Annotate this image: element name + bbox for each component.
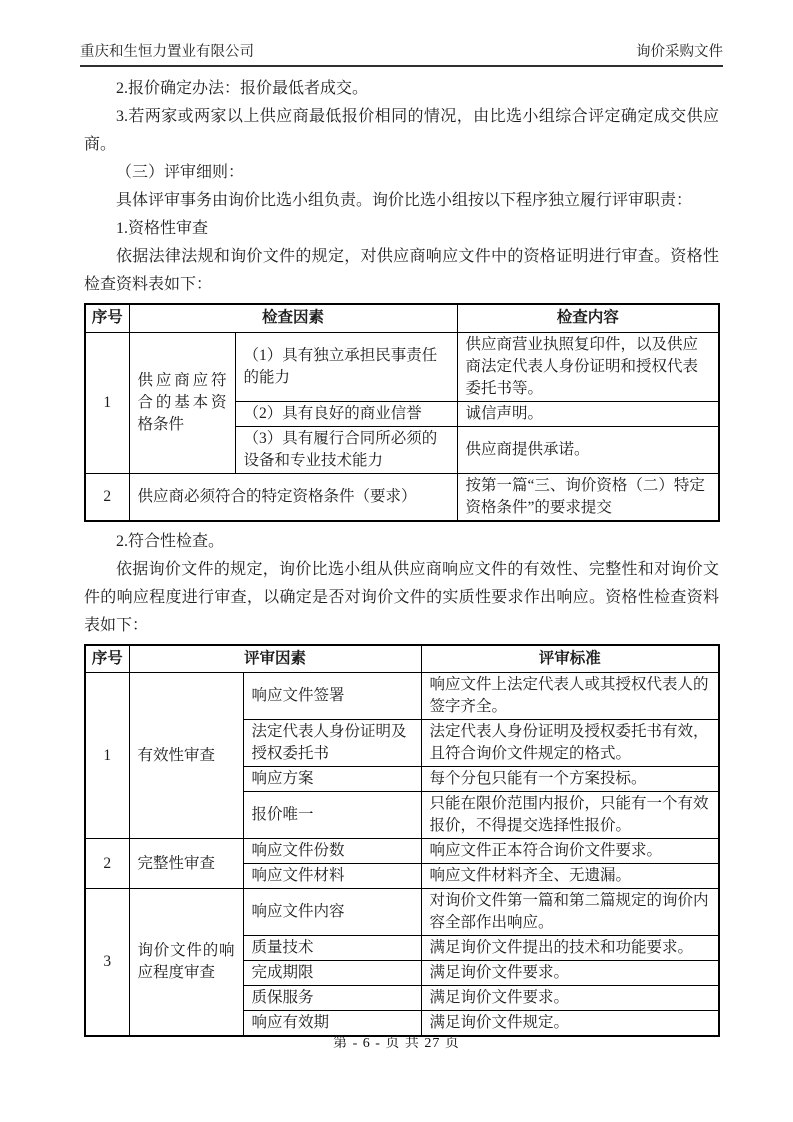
table2-standard-cell: 只能在限价范围内报价，只能有一个有效报价，不得提交选择性报价。 [421, 792, 719, 839]
qualification-check-table: 序号 检查因素 检查内容 1 供应商应符合的基本资格条件 （1）具有独立承担民事… [84, 303, 720, 522]
table-row: 2 完整性审查 响应文件份数 响应文件正本符合询价文件要求。 [85, 839, 719, 864]
table2-col-factor: 评审因素 [129, 645, 421, 673]
table2-factor-cell: 质保服务 [243, 986, 421, 1011]
page-number: 第 - 6 - 页 共 27 页 [0, 1032, 793, 1052]
table-row: 1 供应商应符合的基本资格条件 （1）具有独立承担民事责任的能力 供应商营业执照… [85, 332, 719, 401]
table2-group-completeness: 完整性审查 [129, 839, 243, 889]
table-row: 2 供应商必须符合的特定资格条件（要求） 按第一篇“三、询价资格（二）特定资格条… [85, 473, 719, 521]
table2-standard-cell: 满足询价文件要求。 [421, 986, 719, 1011]
table1-content-cell: 按第一篇“三、询价资格（二）特定资格条件”的要求提交 [457, 473, 719, 521]
table1-content-cell: 供应商营业执照复印件，以及供应商法定代表人身份证明和授权代表委托书等。 [457, 332, 719, 401]
table2-factor-cell: 响应文件内容 [243, 889, 421, 936]
conformity-review-table: 序号 评审因素 评审标准 1 有效性审查 响应文件签署 响应文件上法定代表人或其… [84, 644, 720, 1038]
table2-standard-cell: 对询价文件第一篇和第二篇规定的询价内容全部作出响应。 [421, 889, 719, 936]
table1-seq-2: 2 [85, 473, 129, 521]
page-header: 重庆和生恒力置业有限公司 询价采购文件 [80, 0, 723, 67]
table1-col-seq: 序号 [85, 304, 129, 332]
table2-factor-cell: 完成期限 [243, 961, 421, 986]
table1-content-cell: 供应商提供承诺。 [457, 426, 719, 473]
table2-group-validity: 有效性审查 [129, 673, 243, 839]
table1-header-row: 序号 检查因素 检查内容 [85, 304, 719, 332]
table2-standard-cell: 响应文件材料齐全、无遗漏。 [421, 864, 719, 889]
table2-standard-cell: 每个分包只能有一个方案投标。 [421, 767, 719, 792]
table-row: 1 有效性审查 响应文件签署 响应文件上法定代表人或其授权代表人的签字齐全。 [85, 673, 719, 720]
paragraph-review-duty: 具体评审事务由询价比选小组负责。询价比选小组按以下程序独立履行评审职责： [84, 187, 719, 215]
table2-col-seq: 序号 [85, 645, 129, 673]
table2-standard-cell: 法定代表人身份证明及授权委托书有效，且符合询价文件规定的格式。 [421, 720, 719, 767]
table2-group-responsiveness: 询价文件的响应程度审查 [129, 889, 243, 1037]
table1-factor-cell: （2）具有良好的商业信誉 [235, 401, 457, 426]
paragraph-tie-breaking: 3.若两家或两家以上供应商最低报价相同的情况，由比选小组综合评定确定成交供应商。 [84, 103, 719, 159]
table2-factor-cell: 响应文件签署 [243, 673, 421, 720]
table2-standard-cell: 响应文件正本符合询价文件要求。 [421, 839, 719, 864]
table2-standard-cell: 响应文件上法定代表人或其授权代表人的签字齐全。 [421, 673, 719, 720]
table1-col-content: 检查内容 [457, 304, 719, 332]
table1-factor-cell: （3）具有履行合同所必须的设备和专业技术能力 [235, 426, 457, 473]
heading-conformity-check: 2.符合性检查。 [84, 528, 719, 556]
table1-factor-cell: 供应商必须符合的特定资格条件（要求） [129, 473, 457, 521]
table2-seq-1: 1 [85, 673, 129, 839]
table2-seq-2: 2 [85, 839, 129, 889]
table2-factor-cell: 质量技术 [243, 936, 421, 961]
table1-col-factor: 检查因素 [129, 304, 457, 332]
table2-factor-cell: 响应文件份数 [243, 839, 421, 864]
table2-factor-cell: 响应方案 [243, 767, 421, 792]
table2-factor-cell: 报价唯一 [243, 792, 421, 839]
paragraph-pricing-method: 2.报价确定办法：报价最低者成交。 [84, 75, 719, 103]
heading-qualification-review: 1.资格性审查 [84, 215, 719, 243]
document-page: 重庆和生恒力置业有限公司 询价采购文件 2.报价确定办法：报价最低者成交。 3.… [0, 0, 793, 1122]
heading-review-rules: （三）评审细则： [84, 159, 719, 187]
table2-factor-cell: 响应文件材料 [243, 864, 421, 889]
header-doc-type: 询价采购文件 [636, 40, 723, 61]
table2-seq-3: 3 [85, 889, 129, 1037]
table1-factor-cell: （1）具有独立承担民事责任的能力 [235, 332, 457, 401]
paragraph-conformity-desc: 依据询价文件的规定，询价比选小组从供应商响应文件的有效性、完整性和对询价文件的响… [84, 556, 719, 640]
table1-group-basic-qualification: 供应商应符合的基本资格条件 [129, 332, 235, 473]
document-body: 2.报价确定办法：报价最低者成交。 3.若两家或两家以上供应商最低报价相同的情况… [84, 67, 719, 1037]
table2-standard-cell: 满足询价文件提出的技术和功能要求。 [421, 936, 719, 961]
table2-standard-cell: 满足询价文件要求。 [421, 961, 719, 986]
table-row: 3 询价文件的响应程度审查 响应文件内容 对询价文件第一篇和第二篇规定的询价内容… [85, 889, 719, 936]
table2-col-standard: 评审标准 [421, 645, 719, 673]
table1-content-cell: 诚信声明。 [457, 401, 719, 426]
table2-factor-cell: 法定代表人身份证明及授权委托书 [243, 720, 421, 767]
table2-header-row: 序号 评审因素 评审标准 [85, 645, 719, 673]
header-company-name: 重庆和生恒力置业有限公司 [80, 40, 254, 61]
paragraph-qualification-desc: 依据法律法规和询价文件的规定，对供应商响应文件中的资格证明进行审查。资格性检查资… [84, 243, 719, 299]
table1-seq-1: 1 [85, 332, 129, 473]
